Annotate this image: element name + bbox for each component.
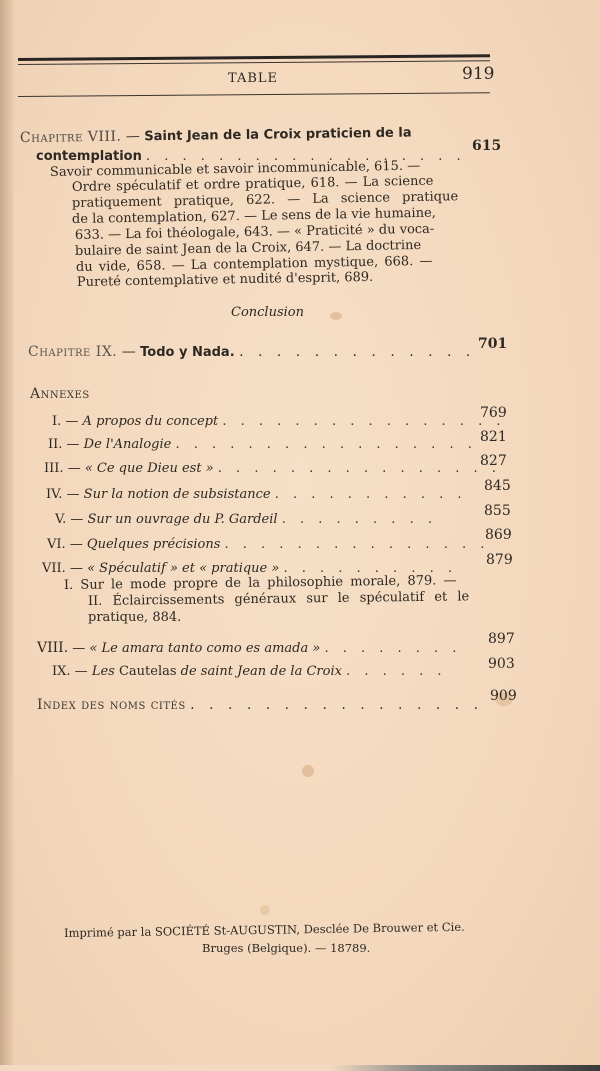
annex-number: V.: [55, 512, 66, 527]
page-number: 821: [480, 429, 507, 445]
annex-number: I.: [52, 414, 61, 429]
annex-title: — « Ce que Dieu est »: [68, 461, 214, 476]
annex-number: II.: [48, 437, 62, 452]
annex-number: III.: [44, 461, 64, 476]
annex-number: VII.: [42, 561, 66, 576]
leader-dots: . . . . . .: [346, 664, 446, 679]
section-heading-conclusion: Conclusion: [231, 305, 304, 320]
colophon-line: Bruges (Belgique). — 18789.: [202, 941, 370, 955]
chapter-label: Chapitre IX.: [28, 344, 117, 360]
chapter-title-cont: contemplation: [36, 149, 142, 164]
leader-dots: . . . . . . . . .: [282, 512, 437, 527]
leader-dots: . . . . . . . . . . .: [275, 487, 467, 502]
chapter-title: Todo y Nada.: [140, 345, 235, 360]
summary-line: II. Éclaircissements généraux sur le spé…: [88, 589, 469, 610]
title-part: Les: [92, 664, 119, 679]
page-number: 897: [488, 631, 515, 647]
annex-number: IV.: [46, 487, 62, 502]
page-number: 701: [478, 336, 507, 352]
scan-edge: [0, 1065, 600, 1071]
leader-dots: . . . . . . . . . . . . . . . .: [222, 414, 505, 429]
leader-dots: . . . . . . . . . . . . . . . .: [218, 461, 501, 476]
summary-line: pratique, 884.: [88, 610, 181, 626]
page-number: 909: [490, 688, 517, 704]
paper-stain: [260, 905, 270, 915]
colophon-line: Imprimé par la SOCIÉTÉ St-AUGUSTIN, Desc…: [64, 920, 465, 940]
annex-title: — « Spéculatif » et « pratique »: [70, 561, 279, 576]
annex-title: — Quelques précisions: [70, 537, 221, 552]
annex-number: VI.: [47, 537, 66, 552]
page-number: 903: [488, 656, 515, 672]
page-number: 845: [484, 478, 511, 494]
annex-title: — A propos du concept: [65, 414, 218, 429]
page-number: 827: [480, 453, 507, 469]
annex-title: — De l'Analogie: [67, 437, 172, 452]
running-head-title: TABLE: [228, 71, 278, 86]
page-number: 615: [472, 138, 501, 154]
scanned-page: TABLE 919 Chapitre VIII. — Saint Jean de…: [0, 0, 600, 1071]
leader-dots: . . . . . . . . . . . . . . . .: [190, 697, 483, 713]
annex-number: IX.: [52, 664, 71, 679]
leader-dots: . . . . . . . .: [324, 641, 461, 656]
annex-number: VIII.: [37, 640, 68, 656]
annex-title: — Les Cautelas de saint Jean de la Croix: [75, 664, 342, 679]
annex-title: — Sur un ouvrage du P. Gardeil: [70, 512, 277, 527]
dash: —: [75, 664, 92, 679]
title-part-roman: Cautelas: [119, 664, 177, 679]
paper-stain: [302, 765, 314, 777]
title-part: de saint Jean de la Croix: [177, 664, 342, 679]
chapter-title: Saint Jean de la Croix praticien de la: [144, 126, 411, 145]
chapter-label: Chapitre VIII.: [20, 129, 122, 146]
leader-dots: . . . . . . . . . . . . . . .: [225, 537, 490, 552]
leader-dots: . . . . . . . . . . . . .: [239, 344, 475, 360]
header-rule-thin: [18, 60, 490, 65]
annex-title: — « Le amara tanto como es amada »: [72, 641, 320, 656]
paper-stain: [330, 312, 342, 320]
dash: —: [126, 128, 140, 144]
book-binding-shadow: [0, 0, 14, 1071]
running-head-page-number: 919: [462, 64, 494, 84]
header-rule-bottom: [18, 92, 490, 97]
leader-dots: . . . . . . . . . . . . . . . . .: [175, 437, 476, 452]
dash: —: [122, 344, 136, 360]
page-number: 869: [485, 527, 512, 543]
page-number: 879: [486, 552, 513, 568]
section-heading-annexes: Annexes: [30, 386, 90, 402]
annex-title: — Sur la notion de subsistance: [67, 487, 271, 502]
page-number: 855: [484, 503, 511, 519]
index-label: Index des noms cités: [37, 697, 186, 713]
page-number: 769: [480, 405, 507, 421]
